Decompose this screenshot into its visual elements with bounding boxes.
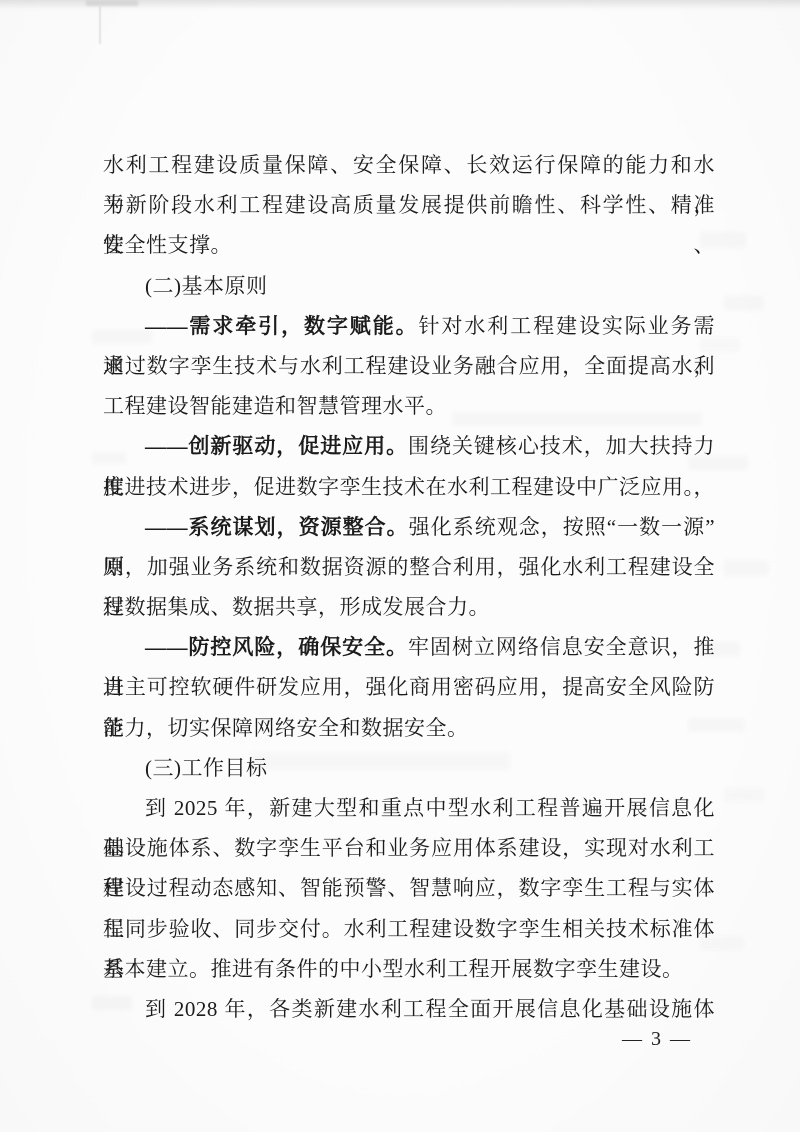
text-line: 程数据集成、数据共享，形成发展合力。 (103, 587, 715, 627)
text-line: ——系统谋划，资源整合。强化系统观念，按照“一数一源”原 (103, 507, 715, 547)
text-line: ——防控风险，确保安全。牢固树立网络信息安全意识，推进 (103, 627, 715, 667)
body-text: (三)工作目标 (145, 756, 268, 780)
text-line: 自主可控软硬件研发应用，强化商用密码应用，提高安全风险防范 (103, 667, 715, 707)
scan-artifact (724, 296, 764, 310)
scan-artifact (724, 788, 764, 802)
page-number: — 3 — (622, 1028, 692, 1051)
scan-artifact (724, 560, 768, 576)
scan-artifact (86, 0, 138, 6)
body-text: (二)基本原则 (145, 274, 268, 298)
text-line: ——创新驱动，促进应用。围绕关键核心技术，加大扶持力度， (103, 426, 715, 466)
text-line: 能力，切实保障网络安全和数据安全。 (103, 708, 715, 748)
text-line: 程同步验收、同步交付。水利工程建设数字孪生相关技术标准体系 (103, 909, 715, 949)
emphasis-text: ——创新驱动，促进应用。 (145, 434, 408, 458)
text-line: 建设过程动态感知、智能预警、智慧响应，数字孪生工程与实体工 (103, 868, 715, 908)
emphasis-text: ——系统谋划，资源整合。 (145, 515, 409, 539)
scan-artifact (0, 0, 800, 9)
scanned-document-page: 水利工程建设质量保障、安全保障、长效运行保障的能力和水平，为新阶段水利工程建设高… (0, 0, 800, 1132)
body-text: 到 2028 年，各类新建水利工程全面开展信息化基础设施体 (145, 997, 715, 1021)
text-line: 则，加强业务系统和数据资源的整合利用，强化水利工程建设全过 (103, 547, 715, 587)
text-line: 通过数字孪生技术与水利工程建设业务融合应用，全面提高水利 (103, 346, 715, 386)
body-text: 基本建立。推进有条件的中小型水利工程开展数字孪生建设。 (103, 957, 684, 981)
body-text: 安全性支撑。 (103, 233, 232, 257)
text-line: 基本建立。推进有条件的中小型水利工程开展数字孪生建设。 (103, 949, 715, 989)
text-line: (三)工作目标 (103, 748, 715, 788)
scan-artifact (99, 4, 101, 44)
body-text: 能力，切实保障网络安全和数据安全。 (103, 716, 469, 740)
text-line: 推进技术进步，促进数字孪生技术在水利工程建设中广泛应用。 (103, 467, 715, 507)
text-line: 水利工程建设质量保障、安全保障、长效运行保障的能力和水平， (103, 145, 715, 185)
text-line: (二)基本原则 (103, 266, 715, 306)
emphasis-text: ——需求牵引，数字赋能。 (145, 314, 419, 338)
text-line: 础设施体系、数字孪生平台和业务应用体系建设，实现对水利工程 (103, 828, 715, 868)
document-body: 水利工程建设质量保障、安全保障、长效运行保障的能力和水平，为新阶段水利工程建设高… (103, 145, 715, 1029)
text-line: ——需求牵引，数字赋能。针对水利工程建设实际业务需求， (103, 306, 715, 346)
text-line: 到 2025 年，新建大型和重点中型水利工程普遍开展信息化基 (103, 788, 715, 828)
text-line: 到 2028 年，各类新建水利工程全面开展信息化基础设施体 (103, 989, 715, 1029)
text-line: 为新阶段水利工程建设高质量发展提供前瞻性、科学性、精准性、 (103, 185, 715, 225)
emphasis-text: ——防控风险，确保安全。 (145, 635, 408, 659)
body-text: 程数据集成、数据共享，形成发展合力。 (103, 595, 490, 619)
body-text: 工程建设智能建造和智慧管理水平。 (103, 394, 447, 418)
body-text: 通过数字孪生技术与水利工程建设业务融合应用，全面提高水利 (103, 354, 715, 378)
text-line: 工程建设智能建造和智慧管理水平。 (103, 386, 715, 426)
body-text: 推进技术进步，促进数字孪生技术在水利工程建设中广泛应用。 (103, 475, 705, 499)
